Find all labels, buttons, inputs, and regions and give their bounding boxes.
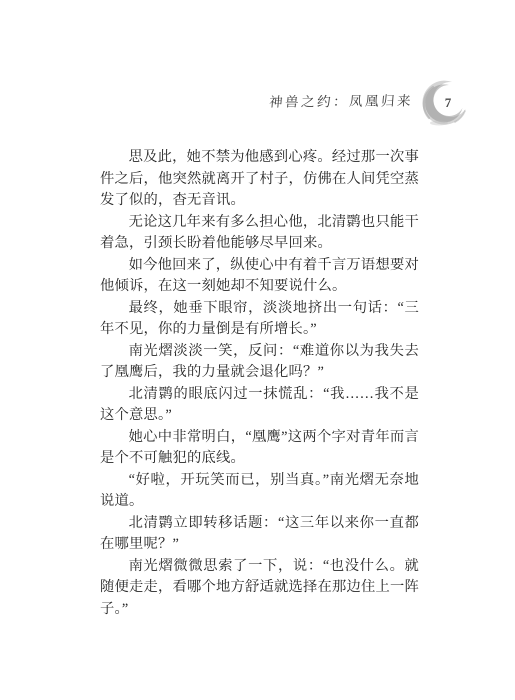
- body-paragraph: 无论这几年来有多么担心他，北清鹮也只能干着急，引颈长盼着他能够尽早回来。: [100, 212, 419, 255]
- body-paragraph: 思及此，她不禁为他感到心疼。经过那一次事件之后，他突然就离开了村子，仿佛在人间凭…: [100, 147, 419, 212]
- body-paragraph: 南光熠微微思索了一下，说：“也没什么。就随便走走，看哪个地方舒适就选择在那边住上…: [100, 556, 419, 621]
- book-page: 神兽之约：凤凰归来 7 思及此，她不禁为他感到心疼。经过那一次事件之后，他突然就…: [0, 0, 515, 700]
- page-number: 7: [445, 95, 452, 111]
- body-paragraph: 北清鹮的眼底闪过一抹慌乱：“我……我不是这个意思。”: [100, 384, 419, 427]
- book-title: 神兽之约：凤凰归来: [268, 95, 413, 112]
- body-paragraph: 她心中非常明白，“凰鹰”这两个字对青年而言是个不可触犯的底线。: [100, 427, 419, 470]
- body-text: 思及此，她不禁为他感到心疼。经过那一次事件之后，他突然就离开了村子，仿佛在人间凭…: [100, 147, 419, 620]
- body-paragraph: “好啦，开玩笑而已，别当真。”南光熠无奈地说道。: [100, 470, 419, 513]
- body-paragraph: 北清鹮立即转移话题：“这三年以来你一直都在哪里呢？”: [100, 513, 419, 556]
- running-head: 神兽之约：凤凰归来 7: [269, 78, 469, 128]
- body-paragraph: 南光熠淡淡一笑，反问：“难道你以为我失去了凰鹰后，我的力量就会退化吗？”: [100, 341, 419, 384]
- body-paragraph: 最终，她垂下眼帘，淡淡地挤出一句话：“三年不见，你的力量倒是有所增长。”: [100, 298, 419, 341]
- moon-icon: 7: [419, 78, 469, 128]
- body-paragraph: 如今他回来了，纵使心中有着千言万语想要对他倾诉，在这一刻她却不知要说什么。: [100, 255, 419, 298]
